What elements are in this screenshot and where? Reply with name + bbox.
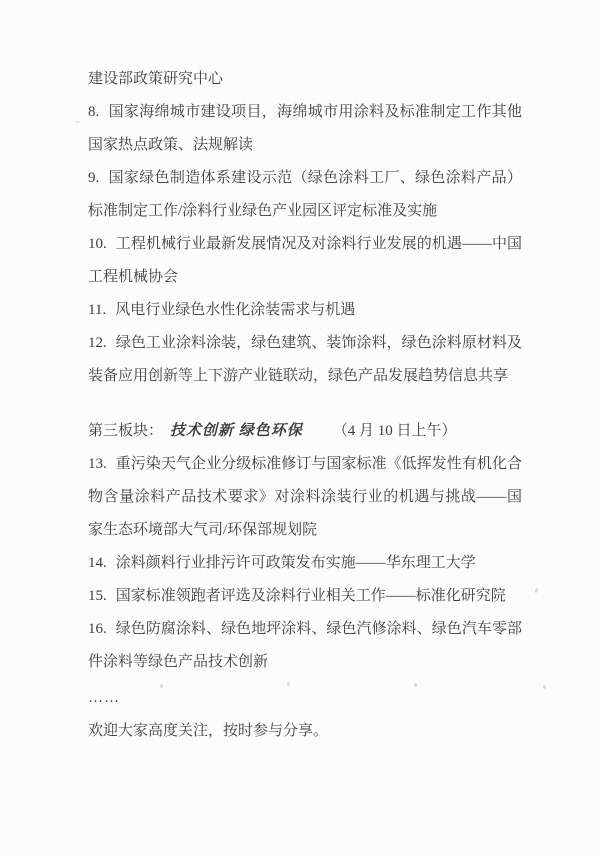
agenda-item-16: 16.绿色防腐涂料、绿色地坪涂料、绿色汽修涂料、绿色汽车零部件涂料等绿色产品技术… bbox=[88, 613, 522, 679]
document-page: 建设部政策研究中心 8.国家海绵城市建设项目，海绵城市用涂料及标准制定工作其他国… bbox=[0, 0, 600, 856]
continuation-line: 建设部政策研究中心 bbox=[88, 63, 522, 96]
item-number: 14. bbox=[88, 555, 107, 571]
item-text: 涂料颜料行业排污许可政策发布实施——华东理工大学 bbox=[116, 555, 476, 571]
item-number: 16. bbox=[88, 621, 107, 637]
agenda-item-12: 12.绿色工业涂料涂装，绿色建筑、装饰涂料，绿色涂料原材料及装备应用创新等上下游… bbox=[88, 327, 522, 393]
ellipsis-line: …… bbox=[88, 682, 522, 715]
item-text: 绿色防腐涂料、绿色地坪涂料、绿色汽修涂料、绿色汽车零部件涂料等绿色产品技术创新 bbox=[88, 621, 522, 670]
agenda-item-14: 14.涂料颜料行业排污许可政策发布实施——华东理工大学 bbox=[88, 547, 522, 580]
section-heading-date: （4 月 10 日上午） bbox=[333, 423, 457, 439]
item-text: 重污染天气企业分级标准修订与国家标准《低挥发性有机化合物含量涂料产品技术要求》对… bbox=[88, 456, 522, 538]
item-number: 12. bbox=[88, 335, 107, 351]
agenda-item-8: 8.国家海绵城市建设项目，海绵城市用涂料及标准制定工作其他国家热点政策、法规解读 bbox=[88, 96, 522, 162]
document-body: 建设部政策研究中心 8.国家海绵城市建设项目，海绵城市用涂料及标准制定工作其他国… bbox=[88, 63, 522, 748]
scan-speck bbox=[75, 121, 81, 123]
item-number: 10. bbox=[88, 236, 107, 252]
item-text: 工程机械行业最新发展情况及对涂料行业发展的机遇——中国工程机械协会 bbox=[88, 236, 522, 285]
item-number: 13. bbox=[88, 456, 107, 472]
agenda-item-10: 10.工程机械行业最新发展情况及对涂料行业发展的机遇——中国工程机械协会 bbox=[88, 228, 522, 294]
agenda-item-9: 9.国家绿色制造体系建设示范（绿色涂料工厂、绿色涂料产品）标准制定工作/涂料行业… bbox=[88, 162, 522, 228]
scan-speck bbox=[287, 682, 290, 686]
section-heading-prefix: 第三板块： bbox=[88, 423, 163, 439]
scan-speck bbox=[414, 683, 417, 687]
scan-speck bbox=[534, 588, 539, 594]
scan-speck bbox=[160, 684, 163, 688]
agenda-item-11: 11.风电行业绿色水性化涂装需求与机遇 bbox=[88, 294, 522, 327]
item-text: 国家海绵城市建设项目，海绵城市用涂料及标准制定工作其他国家热点政策、法规解读 bbox=[88, 104, 522, 153]
closing-line: 欢迎大家高度关注，按时参与分享。 bbox=[88, 715, 522, 748]
item-number: 15. bbox=[88, 588, 107, 604]
item-text: 绿色工业涂料涂装，绿色建筑、装饰涂料，绿色涂料原材料及装备应用创新等上下游产业链… bbox=[88, 335, 522, 384]
item-number: 11. bbox=[88, 302, 106, 318]
section-heading: 第三板块：技术创新 绿色环保（4 月 10 日上午） bbox=[88, 415, 522, 448]
scan-speck bbox=[543, 685, 546, 689]
section-heading-title: 技术创新 绿色环保 bbox=[170, 423, 303, 439]
item-text: 国家绿色制造体系建设示范（绿色涂料工厂、绿色涂料产品）标准制定工作/涂料行业绿色… bbox=[88, 170, 522, 219]
item-text: 国家标准领跑者评选及涂料行业相关工作——标准化研究院 bbox=[116, 588, 506, 604]
item-number: 9. bbox=[88, 170, 99, 186]
agenda-item-13: 13.重污染天气企业分级标准修订与国家标准《低挥发性有机化合物含量涂料产品技术要… bbox=[88, 448, 522, 547]
item-text: 风电行业绿色水性化涂装需求与机遇 bbox=[115, 302, 355, 318]
item-number: 8. bbox=[88, 104, 99, 120]
agenda-item-15: 15.国家标准领跑者评选及涂料行业相关工作——标准化研究院 bbox=[88, 580, 522, 613]
